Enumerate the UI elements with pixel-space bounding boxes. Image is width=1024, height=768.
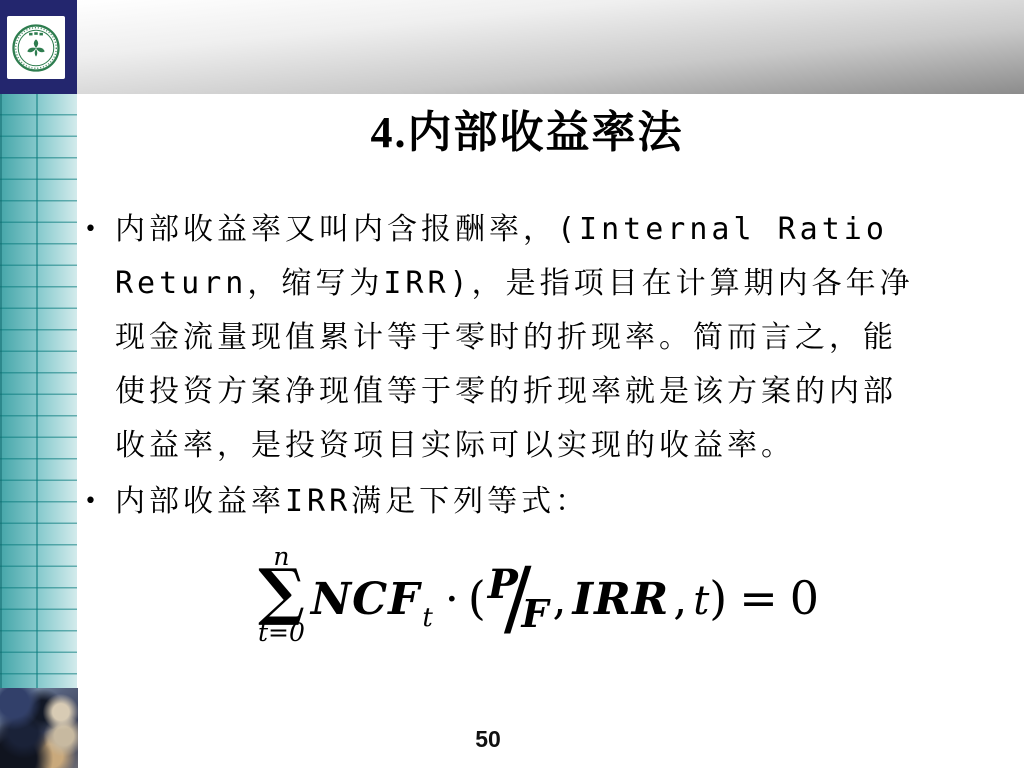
bullet-text-1: 内部收益率又叫内含报酬率，(Internal Ratio Return，缩写为I… [115,203,914,473]
sigma-icon: ∑ [258,563,305,622]
sidebar-vertical-line [36,94,38,768]
zero-value: 0 [790,571,819,625]
bullet-item-1: • 内部收益率又叫内含报酬率，(Internal Ratio Return，缩写… [84,203,994,473]
close-paren: ) [709,571,727,625]
bullet-icon: • [84,203,115,257]
university-seal-icon [10,20,62,76]
sum-lower-limit: t=0 [258,620,305,645]
photo-people-meeting [0,688,78,768]
comma: , [673,574,687,625]
open-paren: ( [468,571,486,625]
bullet-list: • 内部收益率又叫内含报酬率，(Internal Ratio Return，缩写… [84,203,994,529]
bullet-text-2: 内部收益率IRR满足下列等式： [115,475,589,529]
logo-square [0,0,77,94]
page-title: 4.内部收益率法 [77,96,977,160]
summation-symbol: n ∑ t=0 [258,544,305,645]
logo-box [7,16,65,79]
ncf-subscript: t [422,603,432,633]
equation-body: NCF t · ( P / F , IRR , t ) = 0 [311,571,819,625]
header-gradient-band [77,0,1024,94]
irr-variable: IRR [573,574,670,625]
multiplication-dot: · [445,574,459,625]
f-factor: F [522,591,549,636]
sidebar-grid-texture [0,94,77,768]
comma: , [553,574,567,625]
slide: 4.内部收益率法 • 内部收益率又叫内含报酬率，(Internal Ratio … [0,0,1024,768]
bullet-item-2: • 内部收益率IRR满足下列等式： [84,475,994,529]
t-variable: t [693,578,709,624]
bullet-icon: • [84,475,115,529]
ncf-variable: NCF [311,574,420,625]
equals-sign: = [739,571,778,625]
page-number: 50 [430,726,546,753]
irr-equation: n ∑ t=0 NCF t · ( P / F , IRR , t ) = 0 [258,544,819,645]
